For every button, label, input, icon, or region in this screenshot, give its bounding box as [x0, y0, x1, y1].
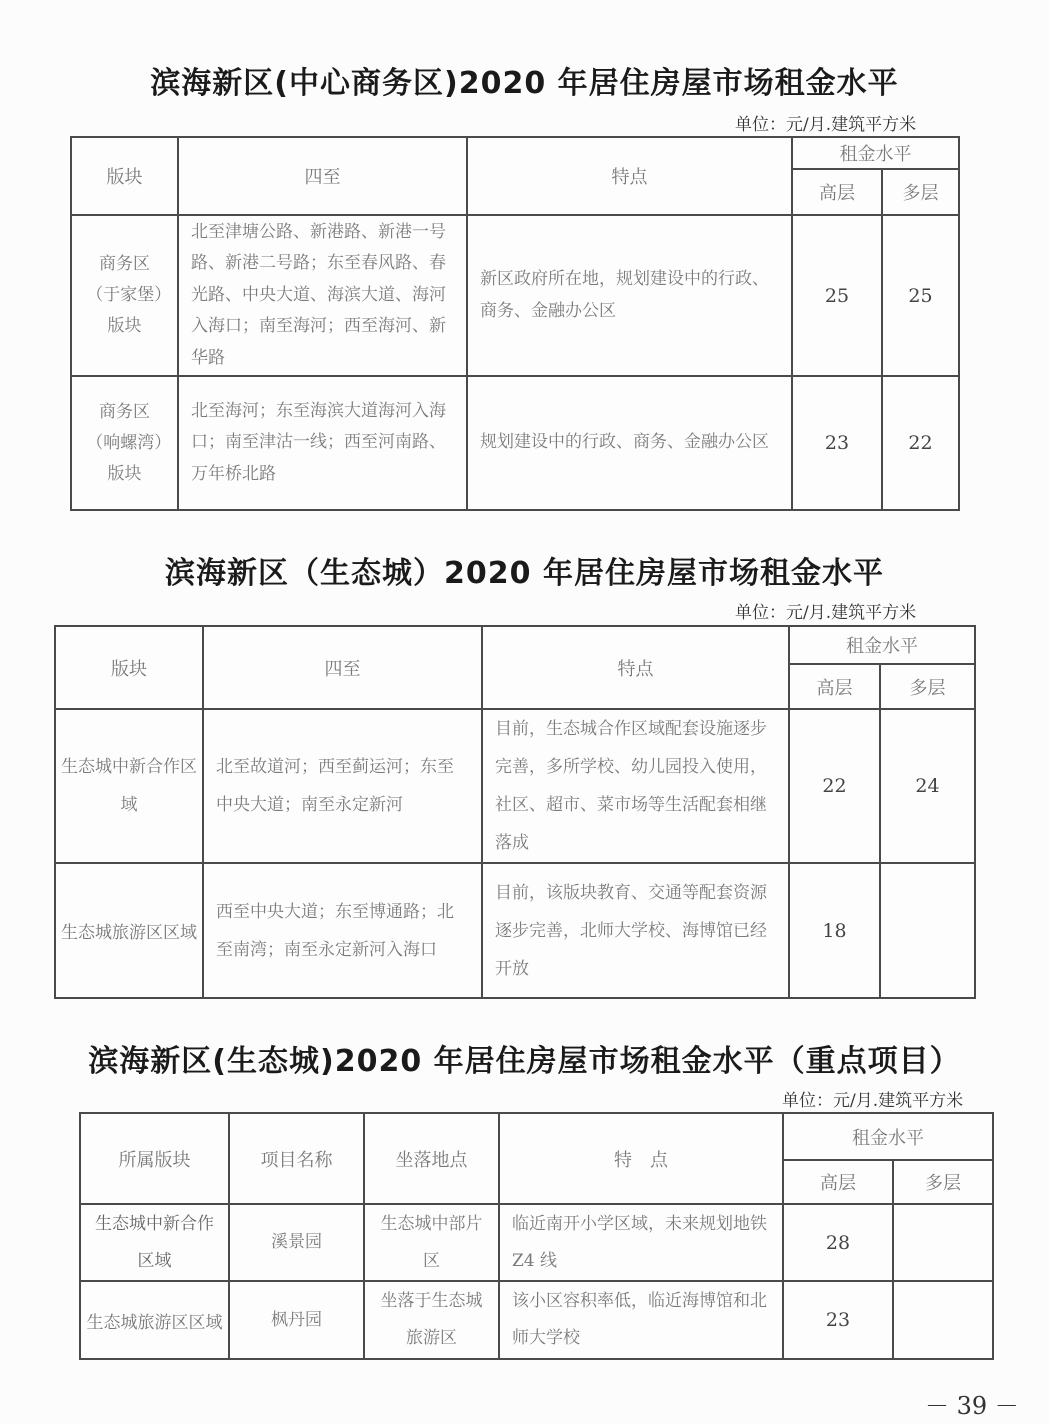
table3-unit: 单位：元/月.建筑平方米	[782, 1086, 963, 1111]
cell-multi	[893, 1281, 993, 1359]
cell-multi	[880, 863, 975, 998]
table2-title: 滨海新区（生态城）2020 年居住房屋市场租金水平	[0, 548, 1049, 592]
cell-boundary: 北至海河；东至海滨大道海河入海口；南至津沽一线；西至河南路、万年桥北路	[178, 376, 467, 510]
header-rent: 租金水平	[783, 1113, 993, 1160]
header-feature: 特点	[482, 626, 789, 709]
table-row: 生态城旅游区区域 西至中央大道；东至博通路；北至南湾；南至永定新河入海口 目前，…	[55, 863, 975, 998]
table-row: 生态城中新合作区域 北至故道河；西至蓟运河；东至中央大道；南至永定新河 目前，生…	[55, 709, 975, 863]
cell-boundary: 北至故道河；西至蓟运河；东至中央大道；南至永定新河	[203, 709, 482, 863]
header-high: 高层	[783, 1160, 893, 1204]
cell-high: 22	[789, 709, 880, 863]
table1: 版块 四至 特点 租金水平 高层 多层 商务区（于家堡）版块 北至津塘公路、新港…	[70, 136, 960, 511]
cell-project: 枫丹园	[229, 1281, 364, 1359]
cell-block: 商务区（响螺湾）版块	[71, 376, 178, 510]
table-row: 商务区（于家堡）版块 北至津塘公路、新港路、新港一号路、新港二号路；东至春风路、…	[71, 215, 959, 376]
table1-title: 滨海新区(中心商务区)2020 年居住房屋市场租金水平	[0, 58, 1049, 102]
cell-feature: 新区政府所在地，规划建设中的行政、商务、金融办公区	[467, 215, 792, 376]
header-block: 版块	[71, 137, 178, 215]
header-project: 项目名称	[229, 1113, 364, 1204]
header-location: 坐落地点	[364, 1113, 499, 1204]
cell-high: 28	[783, 1204, 893, 1281]
cell-high: 25	[792, 215, 882, 376]
header-high: 高层	[789, 664, 880, 709]
cell-block: 生态城旅游区区域	[80, 1281, 229, 1359]
cell-block: 商务区（于家堡）版块	[71, 215, 178, 376]
cell-multi: 25	[882, 215, 959, 376]
header-rent: 租金水平	[789, 626, 975, 664]
cell-block: 生态城中新合作区域	[55, 709, 203, 863]
cell-feature: 规划建设中的行政、商务、金融办公区	[467, 376, 792, 510]
cell-location: 生态城中部片区	[364, 1204, 499, 1281]
cell-block: 生态城旅游区区域	[55, 863, 203, 998]
cell-multi: 22	[882, 376, 959, 510]
table-row: 生态城中新合作区域 溪景园 生态城中部片区 临近南开小学区域，未来规划地铁Z4 …	[80, 1204, 993, 1281]
table2: 版块 四至 特点 租金水平 高层 多层 生态城中新合作区域 北至故道河；西至蓟运…	[54, 625, 976, 999]
cell-multi: 24	[880, 709, 975, 863]
cell-high: 23	[783, 1281, 893, 1359]
cell-boundary: 北至津塘公路、新港路、新港一号路、新港二号路；东至春风路、春光路、中央大道、海滨…	[178, 215, 467, 376]
cell-feature: 临近南开小学区域，未来规划地铁Z4 线	[499, 1204, 783, 1281]
header-high: 高层	[792, 169, 882, 215]
table-row: 商务区（响螺湾）版块 北至海河；东至海滨大道海河入海口；南至津沽一线；西至河南路…	[71, 376, 959, 510]
header-feature: 特点	[467, 137, 792, 215]
table2-unit: 单位：元/月.建筑平方米	[735, 598, 916, 623]
cell-block: 生态城中新合作区域	[80, 1204, 229, 1281]
header-feature: 特 点	[499, 1113, 783, 1204]
header-block: 版块	[55, 626, 203, 709]
header-multi: 多层	[880, 664, 975, 709]
table3: 所属版块 项目名称 坐落地点 特 点 租金水平 高层 多层 生态城中新合作区域 …	[79, 1112, 994, 1360]
cell-feature: 目前，该版块教育、交通等配套资源逐步完善，北师大学校、海博馆已经开放	[482, 863, 789, 998]
cell-multi	[893, 1204, 993, 1281]
cell-boundary: 西至中央大道；东至博通路；北至南湾；南至永定新河入海口	[203, 863, 482, 998]
cell-high: 23	[792, 376, 882, 510]
cell-location: 坐落于生态城旅游区	[364, 1281, 499, 1359]
cell-feature: 该小区容积率低，临近海博馆和北师大学校	[499, 1281, 783, 1359]
page-number: － 39 －	[925, 1386, 1019, 1421]
header-multi: 多层	[882, 169, 959, 215]
table-row: 生态城旅游区区域 枫丹园 坐落于生态城旅游区 该小区容积率低，临近海博馆和北师大…	[80, 1281, 993, 1359]
header-rent: 租金水平	[792, 137, 959, 169]
cell-project: 溪景园	[229, 1204, 364, 1281]
header-block: 所属版块	[80, 1113, 229, 1204]
cell-high: 18	[789, 863, 880, 998]
header-boundary: 四至	[178, 137, 467, 215]
cell-feature: 目前，生态城合作区域配套设施逐步完善，多所学校、幼儿园投入使用，社区、超市、菜市…	[482, 709, 789, 863]
table3-title: 滨海新区(生态城)2020 年居住房屋市场租金水平（重点项目）	[0, 1036, 1049, 1080]
header-boundary: 四至	[203, 626, 482, 709]
header-multi: 多层	[893, 1160, 993, 1204]
table1-unit: 单位：元/月.建筑平方米	[735, 110, 916, 135]
